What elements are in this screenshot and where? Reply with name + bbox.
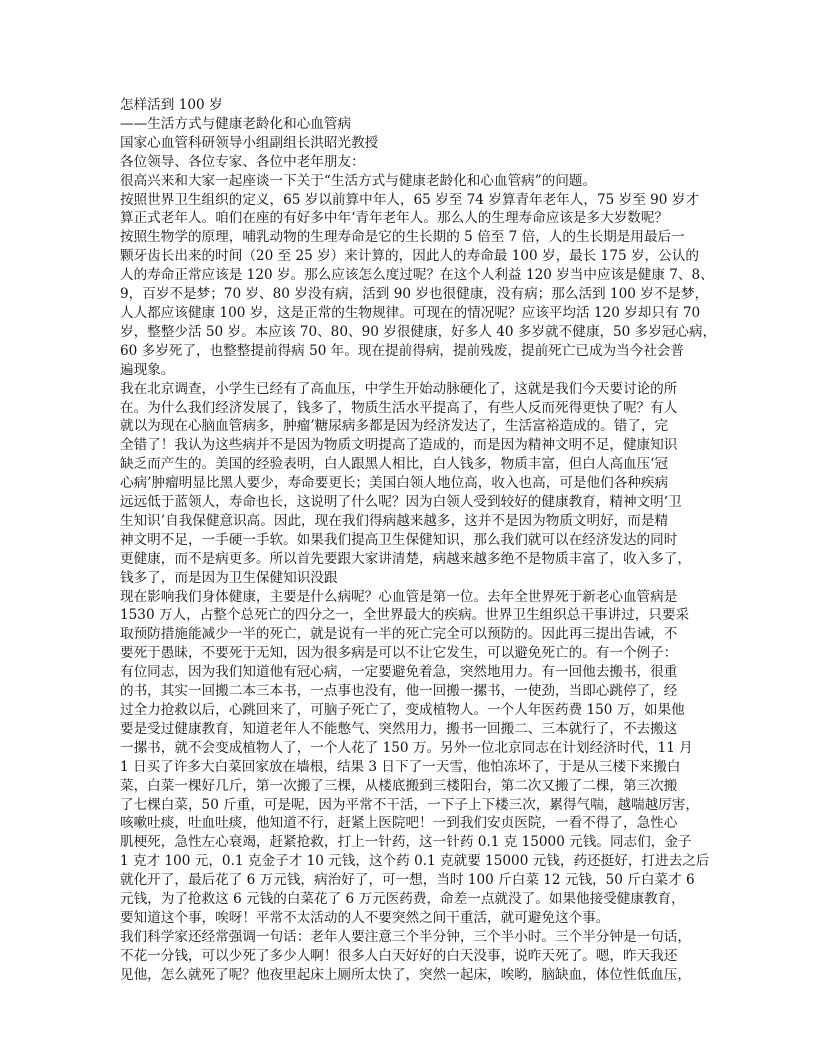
text-line: 有位同志，因为我们知道他有冠心病，一定要避免着急，突然地用力。有一回他去搬书，很… [120, 663, 702, 682]
text-line: 按照生物学的原理，哺乳动物的生理寿命是它的生长期的 5 倍至 7 倍，人的生长期… [120, 228, 702, 247]
text-line: 要知道这个事，唉呀！平常不太活动的人不要突然之间干重活，就可避免这个事。 [120, 909, 702, 928]
text-line: 人的寿命正常应该是 120 岁。那么应该怎么度过呢？在这个人利益 120 岁当中… [120, 266, 702, 285]
text-line: 咳嗽吐痰，吐血吐痰，他知道不行，赶紧上医院吧！一到我们安贞医院，一看不得了，急性… [120, 814, 702, 833]
text-line: 现在影响我们身体健康，主要是什么病呢？心血管是第一位。去年全世界死于新老心血管病… [120, 588, 702, 607]
greeting: 各位领导、各位专家、各位中老年朋友： [120, 153, 702, 172]
text-line: 颗牙齿长出来的时间（20 至 25 岁）来计算的，因此人的寿命最 100 岁，最… [120, 247, 702, 266]
document-subtitle: ——生活方式与健康老龄化和心血管病 [120, 115, 702, 134]
text-line: 神文明不足，一手硬一手软。如果我们提高卫生保健知识，那么我们就可以在经济发达的同… [120, 531, 702, 550]
text-line: 我们科学家还经常强调一句话：老年人要注意三个半分钟，三个半小时。三个半分钟是一句… [120, 928, 702, 947]
document-page: 怎样活到 100 岁 ——生活方式与健康老龄化和心血管病 国家心血管科研领导小组… [120, 96, 702, 985]
text-line: 不花一分钱，可以少死了多少人啊！很多人白天好好的白天没事，说昨天死了。嗯，昨天我… [120, 947, 702, 966]
text-line: 就以为现在心脑血管病多，肿瘤’糖尿病多都是因为经济发达了，生活富裕造成的。错了，… [120, 417, 702, 436]
text-line: 算正式老年人。咱们在座的有好多中年‘青年老年人。那么人的生理寿命应该是多大岁数呢… [120, 209, 702, 228]
text-line: 按照世界卫生组织的定义，65 岁以前算中年人，65 岁至 74 岁算青年老年人，… [120, 191, 702, 210]
text-line: 就化开了，最后花了 6 万元钱，病治好了，可一想，当时 100 斤白菜 12 元… [120, 871, 702, 890]
text-line: 人人都应该健康 100 岁，这是正常的生物规律。可现在的情况呢？应该平均活 12… [120, 304, 702, 323]
text-line: 生知识’自我保健意识高。因此，现在我们得病越来越多，这并不是因为物质文明好，而是… [120, 512, 702, 531]
text-line: 钱多了，而是因为卫生保健知识没跟 [120, 569, 702, 588]
text-line: 见他，怎么就死了呢？他夜里起床上厕所太快了，突然一起床，唉哟，脑缺血，体位性低血… [120, 966, 702, 985]
text-line: 过全力抢救以后，心跳回来了，可脑子死亡了，变成植物人。一个人年医药费 150 万… [120, 701, 702, 720]
text-line: 心病’肿瘤明显比黑人要少，寿命要更长；美国白领人地位高，收入也高，可是他们各种疾… [120, 474, 702, 493]
text-line: 全错了！我认为这些病并不是因为物质文明提高了造成的，而是因为精神文明不足，健康知… [120, 436, 702, 455]
text-line: 远远低于蓝领人，寿命也长，这说明了什么呢？因为白领人受到较好的健康教育，精神文明… [120, 493, 702, 512]
text-line: 60 多岁死了，也整整提前得病 50 年。现在提前得病，提前残废，提前死亡已成为… [120, 342, 702, 361]
text-line: 缺乏而产生的。美国的经验表明，白人跟黑人相比，白人钱多，物质丰富，但白人高血压‘… [120, 455, 702, 474]
document-author: 国家心血管科研领导小组副组长洪昭光教授 [120, 134, 702, 153]
text-line: 的书，其实一回搬二本三本书，一点事也没有，他一回搬一摞书，一使劲，当即心跳停了，… [120, 682, 702, 701]
text-line: 9，百岁不是梦；70 岁、80 岁没有病，活到 90 岁也很健康，没有病；那么活… [120, 285, 702, 304]
text-line: 遍现象。 [120, 361, 702, 380]
text-line: 元钱，为了抢救这 6 元钱的白菜花了 6 万元医药费，命差一点就没了。如果他接受… [120, 890, 702, 909]
text-line: 取预防措施能减少一半的死亡，就是说有一半的死亡完全可以预防的。因此再三提出告诫，… [120, 625, 702, 644]
document-title: 怎样活到 100 岁 [120, 96, 702, 115]
text-line: 要是受过健康教育，知道老年人不能憋气、突然用力，搬书一回搬二、三本就行了，不去搬… [120, 720, 702, 739]
text-line: 1 克才 100 元，0.1 克金子才 10 元钱，这个药 0.1 克就要 15… [120, 852, 702, 871]
text-line: 要死于愚昧，不要死于无知，因为很多病是可以不让它发生，可以避免死亡的。有一个例子… [120, 644, 702, 663]
text-line: 一摞书，就不会变成植物人了，一个人花了 150 万。另外一位北京同志在计划经济时… [120, 739, 702, 758]
text-line: 在。为什么我们经济发展了，钱多了，物质生活水平提高了，有些人反而死得更快了呢？有… [120, 399, 702, 418]
intro-paragraph: 很高兴来和大家一起座谈一下关于“生活方式与健康老龄化和心血管病”的问题。 [120, 172, 702, 191]
text-line: 更健康，而不是病更多。所以首先要跟大家讲清楚，病越来越多绝不是物质丰富了，收入多… [120, 550, 702, 569]
text-line: 岁，整整少活 50 岁。本应该 70、80、90 岁很健康，好多人 40 多岁就… [120, 323, 702, 342]
text-line: 我在北京调查，小学生已经有了高血压，中学生开始动脉硬化了，这就是我们今天要讨论的… [120, 380, 702, 399]
text-line: 1530 万人，占整个总死亡的四分之一，全世界最大的疾病。世界卫生组织总干事讲过… [120, 606, 702, 625]
text-line: 菜，白菜一棵好几斤，第一次搬了三棵，从楼底搬到三楼阳台，第二次又搬了二棵，第三次… [120, 777, 702, 796]
text-line: 1 日买了许多大白菜回家放在墙根，结果 3 日下了一天雪，他怕冻坏了，于是从三楼… [120, 758, 702, 777]
text-line: 了七棵白菜，50 斤重，可是呢，因为平常不干活，一下子上下楼三次，累得气喘，越喘… [120, 796, 702, 815]
text-line: 肌梗死，急性左心衰竭，赶紧抢救，打上一针药，这一针药 0.1 克 15000 元… [120, 833, 702, 852]
